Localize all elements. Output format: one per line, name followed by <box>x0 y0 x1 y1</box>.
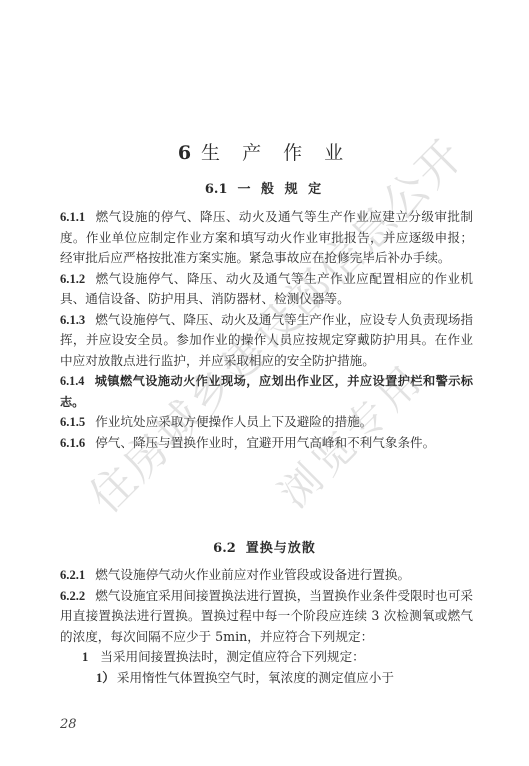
list-item-1-1: 1）采用惰性气体置换空气时，氧浓度的测定值应小于 <box>60 668 473 689</box>
clause-6-2-2: 6.2.2燃气设施宜采用间接置换法进行置换，当置换作业条件受限时也可采用直接置换… <box>60 586 473 648</box>
clause-6-1-6: 6.1.6停气、降压与置换作业时，宜避开用气高峰和不利气象条件。 <box>60 433 473 454</box>
section-6-1-body: 6.1.1燃气设施的停气、降压、动火及通气等生产作业应建立分级审批制度。作业单位… <box>60 207 473 453</box>
item-number: 1 <box>82 650 88 664</box>
section-6-2-body: 6.2.1燃气设施停气动火作业前应对作业管段或设备进行置换。 6.2.2燃气设施… <box>60 565 473 688</box>
clause-6-1-1: 6.1.1燃气设施的停气、降压、动火及通气等生产作业应建立分级审批制度。作业单位… <box>60 207 473 269</box>
clause-text: 燃气设施宜采用间接置换法进行置换，当置换作业条件受限时也可采用直接置换法进行置换… <box>60 588 473 644</box>
item-text: 当采用间接置换法时，测定值应符合下列规定： <box>100 649 364 664</box>
chapter-number: 6 <box>178 142 191 164</box>
clause-text: 停气、降压与置换作业时，宜避开用气高峰和不利气象条件。 <box>95 435 435 450</box>
clause-number: 6.1.6 <box>60 436 85 450</box>
item-text: 采用惰性气体置换空气时，氧浓度的测定值应小于 <box>117 670 394 685</box>
section-number: 6.2 <box>213 541 236 556</box>
clause-6-1-4: 6.1.4城镇燃气设施动火作业现场，应划出作业区，并应设置护栏和警示标志。 <box>60 371 473 412</box>
section-number: 6.1 <box>205 182 228 197</box>
clause-text: 燃气设施的停气、降压、动火及通气等生产作业应建立分级审批制度。作业单位应制定作业… <box>60 209 473 265</box>
clause-number: 6.2.2 <box>60 589 85 603</box>
clause-text: 燃气设施停气、降压、动火及通气等生产作业应配置相应的作业机具、通信设备、防护用具… <box>60 271 473 307</box>
clause-number: 6.1.3 <box>60 313 85 327</box>
clause-text: 作业坑处应采取方便操作人员上下及避险的措施。 <box>95 414 372 429</box>
clause-number: 6.1.5 <box>60 415 85 429</box>
page-number: 28 <box>60 717 77 732</box>
document-page: 6生 产 作 业 6.1一 般 规 定 6.1.1燃气设施的停气、降压、动火及通… <box>0 0 529 766</box>
section-title-text: 置换与放散 <box>246 541 316 556</box>
item-number: 1） <box>96 671 115 685</box>
clause-6-1-2: 6.1.2燃气设施停气、降压、动火及通气等生产作业应配置相应的作业机具、通信设备… <box>60 269 473 310</box>
section-title-6-1: 6.1一 般 规 定 <box>0 178 529 197</box>
clause-number: 6.1.2 <box>60 272 85 286</box>
section-title-text: 一 般 规 定 <box>238 182 325 197</box>
clause-6-2-1: 6.2.1燃气设施停气动火作业前应对作业管段或设备进行置换。 <box>60 565 473 586</box>
chapter-title: 6生 产 作 业 <box>0 138 529 165</box>
chapter-title-text: 生 产 作 业 <box>201 142 351 164</box>
clause-number: 6.2.1 <box>60 568 85 582</box>
section-title-6-2: 6.2置换与放散 <box>0 537 529 556</box>
clause-text: 城镇燃气设施动火作业现场，应划出作业区，并应设置护栏和警示标志。 <box>60 374 473 409</box>
clause-number: 6.1.1 <box>60 210 85 224</box>
clause-text: 燃气设施停气、降压、动火及通气等生产作业，应设专人负责现场指挥，并应设安全员。参… <box>60 312 473 368</box>
list-item-1: 1当采用间接置换法时，测定值应符合下列规定： <box>60 647 473 668</box>
clause-text: 燃气设施停气动火作业前应对作业管段或设备进行置换。 <box>95 567 410 582</box>
clause-6-1-5: 6.1.5作业坑处应采取方便操作人员上下及避险的措施。 <box>60 412 473 433</box>
clause-6-1-3: 6.1.3燃气设施停气、降压、动火及通气等生产作业，应设专人负责现场指挥，并应设… <box>60 310 473 372</box>
clause-number: 6.1.4 <box>60 374 84 388</box>
